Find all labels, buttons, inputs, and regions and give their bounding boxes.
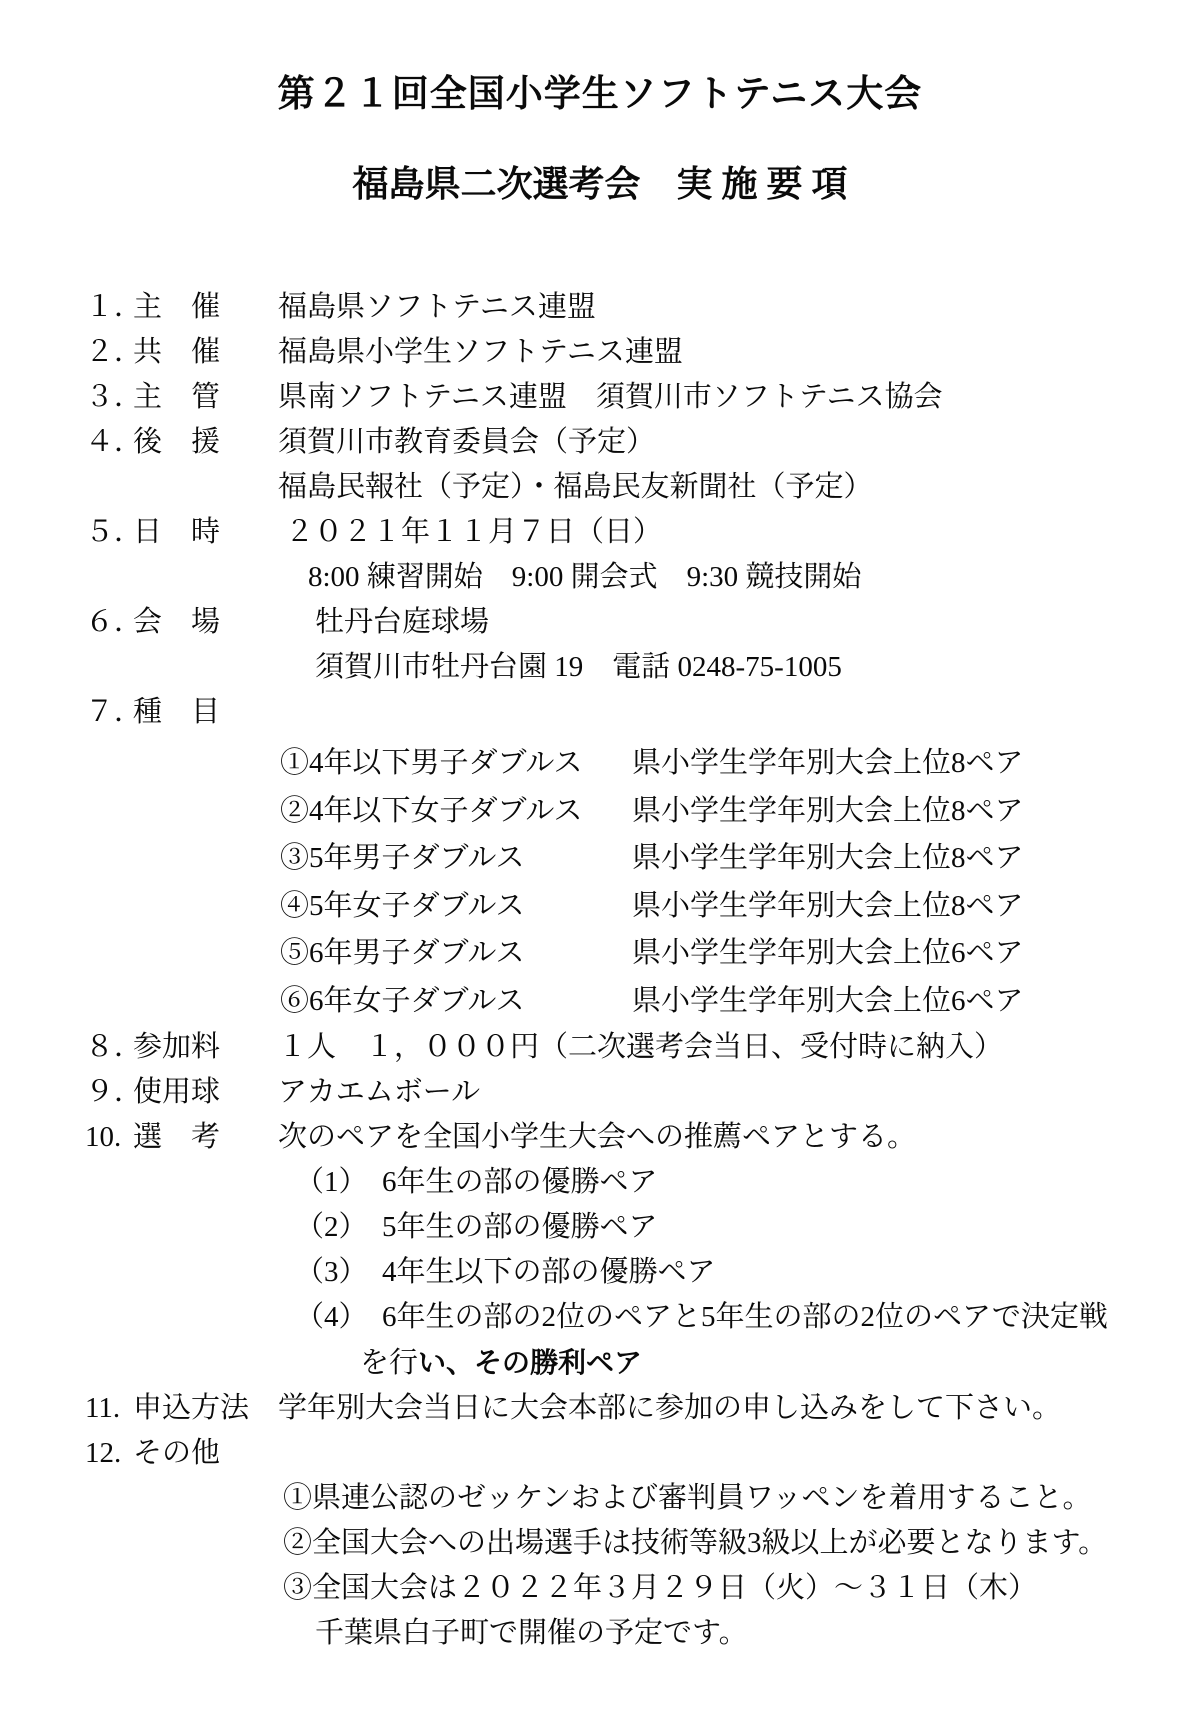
item-label: 共 催 [133, 330, 278, 375]
event-row: ④5年女子ダブルス 県小学生学年別大会上位8ペア [280, 883, 1200, 931]
item-label: その他 [133, 1431, 278, 1476]
item-label: 参加料 [133, 1025, 278, 1070]
item-row-4: ４． 後 援 須賀川市教育委員会（予定） [0, 420, 1200, 465]
item-row-1: １． 主 催 福島県ソフトテニス連盟 [0, 285, 1200, 330]
event-name: ③5年男子ダブルス [280, 835, 632, 883]
item-text: 須賀川市教育委員会（予定） [278, 420, 655, 465]
item-label: 使用球 [133, 1070, 278, 1115]
event-row: ⑤6年男子ダブルス 県小学生学年別大会上位6ペア [280, 930, 1200, 978]
item-row-3: ３． 主 管 県南ソフトテニス連盟 須賀川市ソフトテニス協会 [0, 375, 1200, 420]
event-name: ②4年以下女子ダブルス [280, 788, 632, 836]
item-row-10: 10. 選 考 次のペアを全国小学生大会への推薦ペアとする。 [0, 1115, 1200, 1160]
item-number: １． [85, 285, 133, 330]
item-number: ５． [85, 510, 133, 555]
circled-number: ⑤ [280, 937, 309, 969]
event-name-text: 6年男子ダブルス [309, 937, 524, 969]
item-number: ３． [85, 375, 133, 420]
item-text: １人 １，０００円（二次選考会当日、受付時に納入） [278, 1025, 1003, 1070]
event-name: ④5年女子ダブルス [280, 883, 632, 931]
selection-subitem: （1） 6年生の部の優勝ペア [295, 1160, 1200, 1205]
event-quota: 県小学生学年別大会上位6ペア [632, 978, 1024, 1026]
selection-subitem: （2） 5年生の部の優勝ペア [295, 1205, 1200, 1250]
event-row: ③5年男子ダブルス 県小学生学年別大会上位8ペア [280, 835, 1200, 883]
item-text: ２０２１年１１月７日（日） [278, 510, 662, 555]
item-number: ６． [85, 600, 133, 645]
item-row-5: ５． 日 時 ２０２１年１１月７日（日） [0, 510, 1200, 555]
event-quota: 県小学生学年別大会上位6ペア [632, 930, 1024, 978]
selection-subitem-cont: を行い、その勝利ペア [360, 1340, 1200, 1386]
selection-subitem: （3） 4年生以下の部の優勝ペア [295, 1250, 1200, 1295]
item-row-9: ９． 使用球 アカエムボール [0, 1070, 1200, 1115]
note-item: ①県連公認のゼッケンおよび審判員ワッペンを着用すること。 [283, 1476, 1200, 1521]
note-item: ②全国大会への出場選手は技術等級3級以上が必要となります。 [283, 1521, 1200, 1566]
event-quota: 県小学生学年別大会上位8ペア [632, 835, 1024, 883]
item-text: 県南ソフトテニス連盟 須賀川市ソフトテニス協会 [278, 375, 943, 420]
item-number: 11. [85, 1386, 133, 1431]
event-name-text: 5年男子ダブルス [309, 842, 524, 874]
event-row: ⑥6年女子ダブルス 県小学生学年別大会上位6ペア [280, 978, 1200, 1026]
item-number: ７． [85, 690, 133, 735]
item-text: 福島県小学生ソフトテニス連盟 [278, 330, 683, 375]
item-label: 会 場 [133, 600, 278, 645]
circled-number: ④ [280, 890, 309, 922]
item-row-6: ６． 会 場 牡丹台庭球場 [0, 600, 1200, 645]
item-number: 10. [85, 1115, 133, 1160]
item-row-2: ２． 共 催 福島県小学生ソフトテニス連盟 [0, 330, 1200, 375]
item-number: ９． [85, 1070, 133, 1115]
subitem-normal-text: を行 [360, 1347, 418, 1379]
item-row-12: 12. その他 [0, 1431, 1200, 1476]
event-name: ①4年以下男子ダブルス [280, 740, 632, 788]
item-text: 次のペアを全国小学生大会への推薦ペアとする。 [278, 1115, 916, 1160]
event-name: ⑤6年男子ダブルス [280, 930, 632, 978]
item-label: 主 管 [133, 375, 278, 420]
item-label: 主 催 [133, 285, 278, 330]
event-quota: 県小学生学年別大会上位8ペア [632, 788, 1024, 836]
item-number: ８． [85, 1025, 133, 1070]
event-row: ②4年以下女子ダブルス 県小学生学年別大会上位8ペア [280, 788, 1200, 836]
item-number: ４． [85, 420, 133, 465]
note-item-cont: 千葉県白子町で開催の予定です。 [315, 1611, 1200, 1656]
doc-subtitle: 福島県二次選考会 実 施 要 項 [0, 162, 1200, 207]
item-row-8: ８． 参加料 １人 １，０００円（二次選考会当日、受付時に納入） [0, 1025, 1200, 1070]
event-name-text: 5年女子ダブルス [309, 890, 524, 922]
item-label: 後 援 [133, 420, 278, 465]
event-name-text: 4年以下女子ダブルス [309, 795, 582, 827]
item-text: 学年別大会当日に大会本部に参加の申し込みをして下さい。 [278, 1386, 1061, 1431]
document-body: １． 主 催 福島県ソフトテニス連盟 ２． 共 催 福島県小学生ソフトテニス連盟… [0, 285, 1200, 1656]
item-row-11: 11. 申込方法 学年別大会当日に大会本部に参加の申し込みをして下さい。 [0, 1386, 1200, 1431]
note-item: ③全国大会は２０２２年３月２９日（火）～３１日（木） [283, 1566, 1200, 1611]
event-quota: 県小学生学年別大会上位8ペア [632, 883, 1024, 931]
item-number: ２． [85, 330, 133, 375]
selection-subitem: （4） 6年生の部の2位のペアと5年生の部の2位のペアで決定戦 [295, 1295, 1200, 1340]
item-text: 牡丹台庭球場 [278, 600, 489, 645]
item-text: 福島県ソフトテニス連盟 [278, 285, 596, 330]
subitem-bold-text: い、その勝利ペア [418, 1347, 642, 1378]
item-number: 12. [85, 1431, 133, 1476]
event-name: ⑥6年女子ダブルス [280, 978, 632, 1026]
doc-title: 第２１回全国小学生ソフトテニス大会 [0, 72, 1200, 117]
item-label: 種 目 [133, 690, 278, 735]
item-row-7: ７． 種 目 [0, 690, 1200, 735]
circled-number: ③ [280, 842, 309, 874]
event-quota: 県小学生学年別大会上位8ペア [632, 740, 1024, 788]
item-label: 選 考 [133, 1115, 278, 1160]
item-text: アカエムボール [278, 1070, 480, 1115]
circled-number: ⑥ [280, 985, 309, 1017]
circled-number: ① [280, 747, 309, 779]
item-label: 日 時 [133, 510, 278, 555]
item-text-cont: 8:00 練習開始 9:00 開会式 9:30 競技開始 [308, 555, 1200, 600]
item-text-cont: 須賀川市牡丹台園 19 電話 0248-75-1005 [315, 645, 1200, 690]
item-label: 申込方法 [133, 1386, 278, 1431]
event-name-text: 6年女子ダブルス [309, 985, 524, 1017]
event-row: ①4年以下男子ダブルス 県小学生学年別大会上位8ペア [280, 740, 1200, 788]
circled-number: ② [280, 795, 309, 827]
document-page: 第２１回全国小学生ソフトテニス大会 福島県二次選考会 実 施 要 項 １． 主 … [0, 0, 1200, 1720]
item-text-cont: 福島民報社（予定）・福島民友新聞社（予定） [278, 465, 1200, 510]
event-name-text: 4年以下男子ダブルス [309, 747, 582, 779]
event-list: ①4年以下男子ダブルス 県小学生学年別大会上位8ペア ②4年以下女子ダブルス 県… [0, 740, 1200, 1025]
